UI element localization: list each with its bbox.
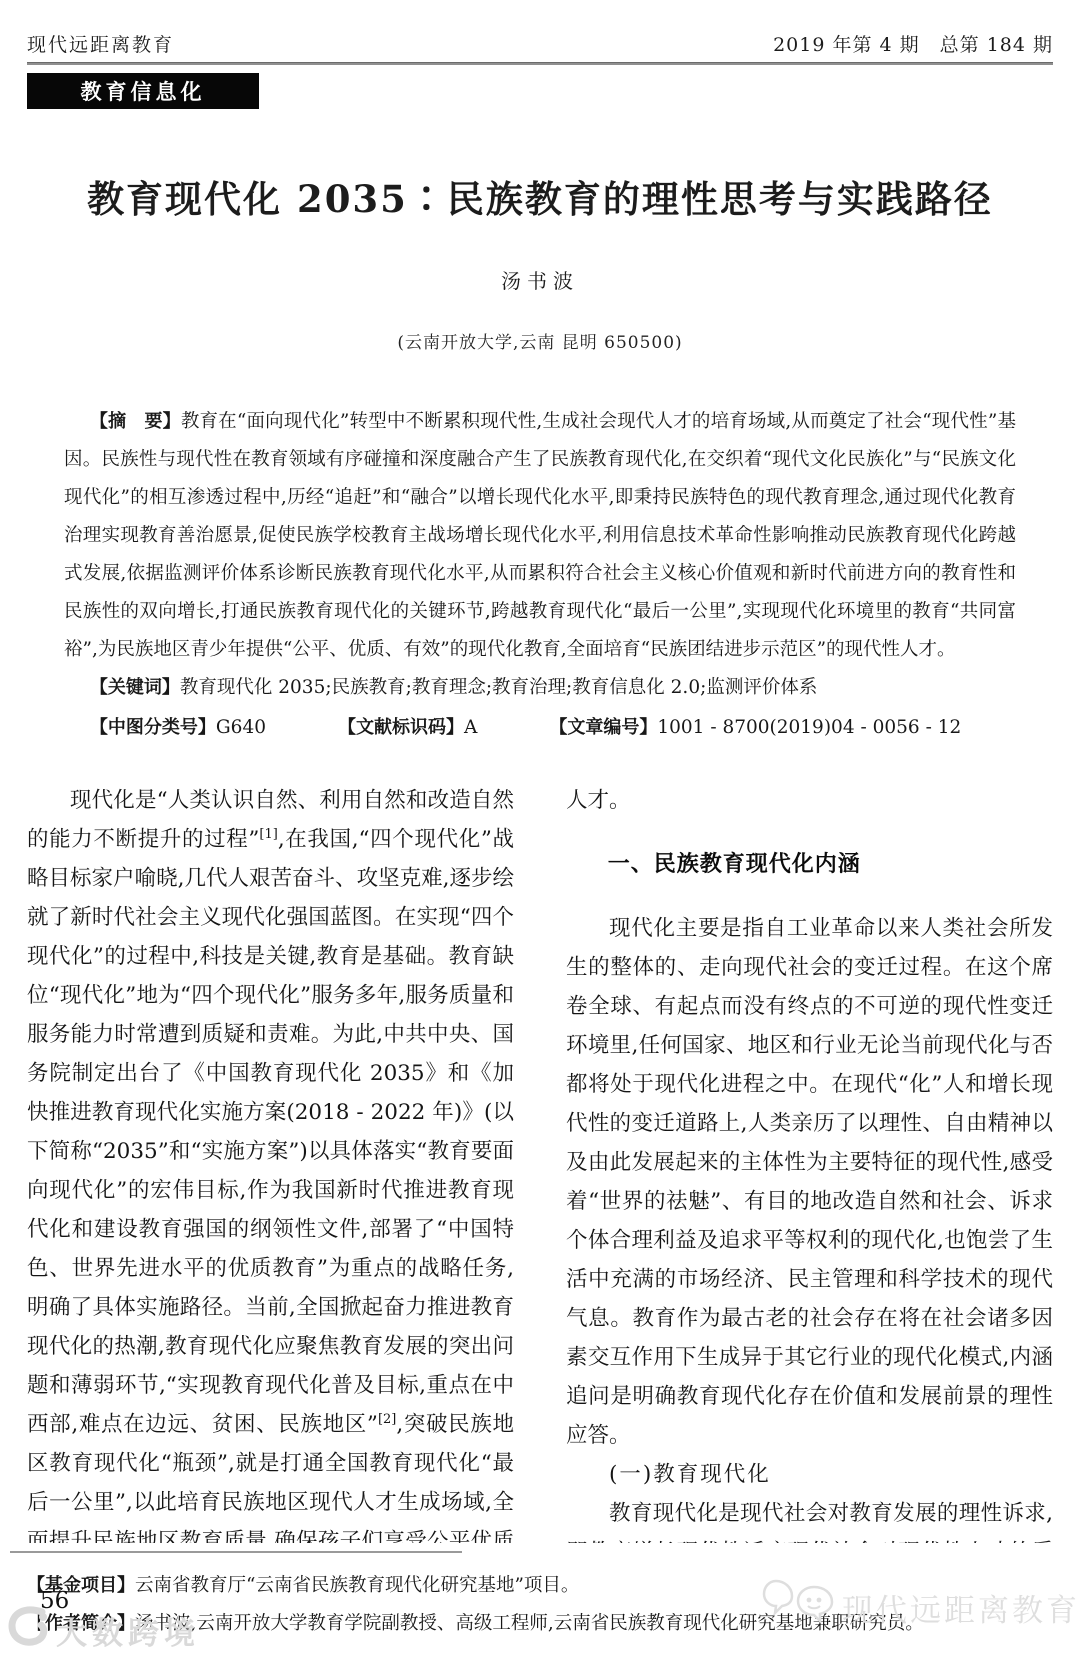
doc-code-item: 【文献标识码】A	[338, 709, 477, 747]
watermark-dashu-text: 大数跨境	[56, 1608, 200, 1653]
watermark-journal: 现代远距离教育	[762, 1576, 1080, 1638]
abstract-block: 【摘 要】教育在“面向现代化”转型中不断累积现代性,生成社会现代人才的培育场域,…	[64, 403, 1016, 747]
article-author: 汤书波	[27, 265, 1053, 294]
journal-name: 现代远距离教育	[27, 30, 174, 57]
article-id-item: 【文章编号】1001 - 8700(2019)04 - 0056 - 12	[549, 709, 961, 747]
page-header: 现代远距离教育 2019 年第 4 期 总第 184 期	[27, 0, 1053, 57]
abstract-paragraph: 【摘 要】教育在“面向现代化”转型中不断累积现代性,生成社会现代人才的培育场域,…	[64, 403, 1016, 669]
body-columns: 现代化是“人类认识自然、利用自然和改造自然的能力不断提升的过程”[1],在我国,…	[27, 781, 1053, 1543]
clc-item: 【中图分类号】G640	[90, 709, 266, 747]
watermark-dashu: 大数跨境	[6, 1604, 200, 1656]
issue-info: 2019 年第 4 期 总第 184 期	[773, 30, 1053, 57]
paragraph-intro: 现代化是“人类认识自然、利用自然和改造自然的能力不断提升的过程”[1],在我国,…	[27, 781, 514, 1543]
clc-label: 【中图分类号】	[90, 717, 216, 738]
paragraph-continuation: 人才。	[566, 781, 1053, 820]
doc-code-value: A	[464, 717, 477, 738]
watermark-journal-text: 现代远距离教育	[842, 1585, 1080, 1630]
paragraph-modernization: 现代化主要是指自工业革命以来人类社会所发生的整体的、走向现代社会的变迁过程。在这…	[566, 909, 1053, 1455]
right-column: 人才。 一、民族教育现代化内涵 现代化主要是指自工业革命以来人类社会所发生的整体…	[566, 781, 1053, 1543]
article-affiliation: (云南开放大学,云南 昆明 650500)	[27, 328, 1053, 353]
keywords-label: 【关键词】	[90, 677, 180, 698]
abstract-label: 【摘 要】	[90, 411, 181, 432]
subsection-heading-1: (一)教育现代化	[566, 1455, 1053, 1494]
clc-value: G640	[216, 717, 266, 738]
section-heading-1: 一、民族教育现代化内涵	[566, 845, 1053, 884]
footnote-rule	[10, 1551, 462, 1553]
paragraph-text: ,在我国,“四个现代化”战略目标家户喻晓,几代人艰苦奋斗、攻坚克难,逐步绘就了新…	[27, 827, 514, 1437]
header-rule	[27, 62, 1053, 65]
paragraph-education-modernization: 教育现代化是现代社会对教育发展的理性诉求,即教育增长现代性适应现代社会对现代性人…	[566, 1494, 1053, 1543]
keywords-paragraph: 【关键词】教育现代化 2035;民族教育;教育理念;教育治理;教育信息化 2.0…	[64, 669, 1016, 707]
page-number: 56	[40, 1588, 69, 1614]
doc-code-label: 【文献标识码】	[338, 717, 464, 738]
keywords-text: 教育现代化 2035;民族教育;教育理念;教育治理;教育信息化 2.0;监测评价…	[180, 677, 817, 698]
left-column: 现代化是“人类认识自然、利用自然和改造自然的能力不断提升的过程”[1],在我国,…	[27, 781, 514, 1543]
citation-ref-2: [2]	[378, 1412, 396, 1427]
classification-row: 【中图分类号】G640 【文献标识码】A 【文章编号】1001 - 8700(2…	[64, 709, 1016, 747]
chat-bubbles-icon	[762, 1576, 840, 1638]
article-id-value: 1001 - 8700(2019)04 - 0056 - 12	[657, 717, 961, 738]
journal-page: 现代远距离教育 2019 年第 4 期 总第 184 期 教育信息化 教育现代化…	[0, 0, 1080, 1643]
abstract-text: 教育在“面向现代化”转型中不断累积现代性,生成社会现代人才的培育场域,从而奠定了…	[64, 411, 1016, 660]
fund-text: 云南省教育厅“云南省民族教育现代化研究基地”项目。	[135, 1575, 579, 1596]
citation-ref-1: [1]	[259, 827, 277, 842]
article-title: 教育现代化 2035∶民族教育的理性思考与实践路径	[27, 169, 1053, 223]
article-id-label: 【文章编号】	[549, 717, 657, 738]
section-badge: 教育信息化	[27, 73, 259, 109]
